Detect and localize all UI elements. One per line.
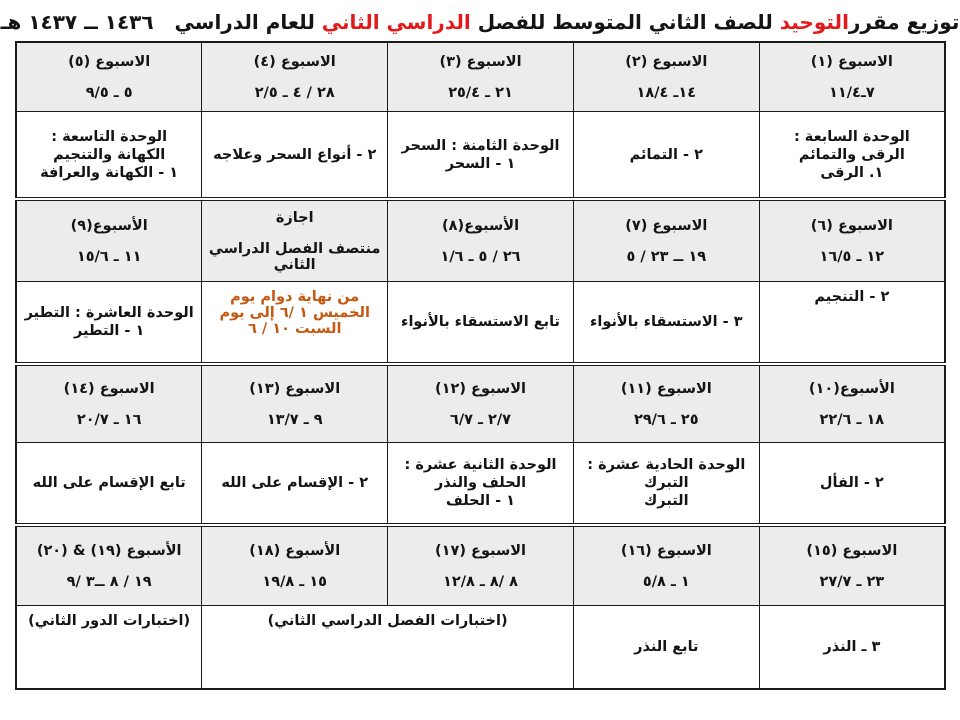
cell-line: الاسبوع (٧) (578, 218, 755, 234)
content-cell: تابع النذر (573, 606, 759, 690)
content-cell: ٢ - الفأل (759, 443, 945, 526)
cell-line: ٨ /٨ ـ ١٢/٨ (392, 574, 569, 590)
cell-line: (اختبارات الدور الثاني) (21, 613, 197, 629)
cell-line: الاسبوع (٢) (578, 54, 755, 70)
cell-line: تابع النذر (578, 639, 755, 655)
cell-line: (اختبارات الفصل الدراسي الثاني) (206, 613, 569, 629)
week-header-row: الأسبوع(١٠)١٨ ـ ٢٢/٦الاسبوع (١١)٢٥ ـ ٢٩/… (16, 364, 945, 443)
cell-line: ١٢ ـ ١٦/٥ (764, 249, 940, 265)
cell-line: التبرك (578, 475, 755, 491)
cell-line: التبرك (578, 493, 755, 509)
cell-line: الاسبوع (٦) (764, 218, 940, 234)
cell-line: ٥ ـ ٩/٥ (21, 85, 197, 101)
cell-line: الأسبوع (١٨) (206, 543, 383, 559)
cell-line: ٢٦ / ٥ ـ ١/٦ (392, 249, 569, 265)
cell-line: الوحدة الثامنة : السحر (392, 138, 569, 154)
cell-line: ١ ـ ٥/٨ (578, 574, 755, 590)
week-header-row: الاسبوع (٦)١٢ ـ ١٦/٥الاسبوع (٧)١٩ ــ ٢٣ … (16, 199, 945, 282)
cell-line: ٢٨ / ٤ ـ ٢/٥ (206, 85, 383, 101)
content-cell: الوحدة الثانية عشرة :الحلف والنذر١ - الح… (388, 443, 574, 526)
cell-line: ٣ - الاستسقاء بالأنواء (578, 314, 755, 330)
week-cell: الاسبوع (١٢)٢/٧ ـ ٦/٧ (388, 364, 574, 443)
week-cell: الأسبوع (١٨)١٥ ـ ١٩/٨ (202, 525, 388, 606)
cell-line: الأسبوع(١٠) (764, 381, 940, 397)
week-cell: الأسبوع(٨)٢٦ / ٥ ـ ١/٦ (388, 199, 574, 282)
week-cell: الأسبوع (١٩) & (٢٠)١٩ / ٨ ــ٣ /٩ (16, 525, 202, 606)
cell-line: ٢ - الإقسام على الله (206, 475, 383, 491)
cell-line: الحلف والنذر (392, 475, 569, 491)
cell-line: الاسبوع (١٢) (392, 381, 569, 397)
cell-line: ٩ ـ ١٣/٧ (206, 412, 383, 428)
week-cell: الاسبوع (٣)٢١ ـ ٢٥/٤ (388, 42, 574, 112)
cell-line: الوحدة الثانية عشرة : (392, 457, 569, 473)
week-cell: الاسبوع (١٣)٩ ـ ١٣/٧ (202, 364, 388, 443)
cell-line: الرقى والتمائم (764, 147, 940, 163)
cell-line: الاسبوع (٥) (21, 54, 197, 70)
cell-line: الاسبوع (١) (764, 54, 940, 70)
cell-line: الوحدة الحادية عشرة : (578, 457, 755, 473)
cell-line: الأسبوع(٨) (392, 218, 569, 234)
cell-line: ١٩ / ٨ ــ٣ /٩ (21, 574, 197, 590)
week-cell: الاسبوع (١)٧ـ١١/٤ (759, 42, 945, 112)
content-cell: ٢ - الإقسام على الله (202, 443, 388, 526)
title-text-2: للصف الثاني المتوسط للفصل (471, 10, 780, 34)
content-cell: تابع الاستسقاء بالأنواء (388, 282, 574, 365)
week-cell: الاسبوع (٦)١٢ ـ ١٦/٥ (759, 199, 945, 282)
curriculum-table: الاسبوع (١)٧ـ١١/٤الاسبوع (٢)١٤ـ ١٨/٤الاس… (15, 41, 946, 690)
cell-line: الوحدة السابعة : (764, 129, 940, 145)
cell-line: تابع الإقسام على الله (21, 475, 197, 491)
cell-line: الأسبوع (١٩) & (٢٠) (21, 543, 197, 559)
content-cell: (اختبارات الفصل الدراسي الثاني) (202, 606, 574, 690)
content-row: ٢ - التنجيم٣ - الاستسقاء بالأنواءتابع ال… (16, 282, 945, 365)
cell-line: الكهانة والتنجيم (21, 147, 197, 163)
cell-line: الوحدة التاسعة : (21, 129, 197, 145)
cell-line: ٢١ ـ ٢٥/٤ (392, 85, 569, 101)
content-cell: ٢ - التنجيم (759, 282, 945, 365)
cell-line: ١ - التطير (21, 323, 197, 339)
content-cell: الوحدة الثامنة : السحر١ - السحر (388, 112, 574, 200)
cell-line: ١ - الكهانة والعرافة (21, 165, 197, 181)
content-cell: من نهاية دوام يوم الخميس ١ /٦ إلى يوم ال… (202, 282, 388, 365)
cell-line: ١ - السحر (392, 156, 569, 172)
week-header-row: الاسبوع (١٥)٢٣ ـ ٢٧/٧الاسبوع (١٦)١ ـ ٥/٨… (16, 525, 945, 606)
week-cell: اجازةمنتصف الفصل الدراسي الثاني (202, 199, 388, 282)
page-title: توزيع مقررالتوحيد للصف الثاني المتوسط لل… (0, 0, 960, 34)
cell-line: ١٨ ـ ٢٢/٦ (764, 412, 940, 428)
cell-line: منتصف الفصل الدراسي الثاني (206, 241, 383, 273)
cell-line: ٢ - أنواع السحر وعلاجه (206, 147, 383, 163)
title-highlight-semester: الدراسي الثاني (322, 10, 471, 34)
content-cell: تابع الإقسام على الله (16, 443, 202, 526)
week-cell: الاسبوع (٧)١٩ ــ ٢٣ / ٥ (573, 199, 759, 282)
week-cell: الاسبوع (١١)٢٥ ـ ٢٩/٦ (573, 364, 759, 443)
content-cell: ٣ - الاستسقاء بالأنواء (573, 282, 759, 365)
week-cell: الاسبوع (١٧)٨ /٨ ـ ١٢/٨ (388, 525, 574, 606)
cell-line: ٢ - الفأل (764, 475, 940, 491)
cell-line: ١. الرقى (764, 165, 940, 181)
week-cell: الاسبوع (٥)٥ ـ ٩/٥ (16, 42, 202, 112)
schedule-table-body: الاسبوع (١)٧ـ١١/٤الاسبوع (٢)١٤ـ ١٨/٤الاس… (16, 42, 945, 689)
content-cell: الوحدة التاسعة :الكهانة والتنجيم١ - الكه… (16, 112, 202, 200)
cell-line: ١٦ ـ ٢٠/٧ (21, 412, 197, 428)
title-text-3: للعام الدراسي (168, 10, 322, 34)
week-cell: الاسبوع (١٤)١٦ ـ ٢٠/٧ (16, 364, 202, 443)
cell-line: ٢/٧ ـ ٦/٧ (392, 412, 569, 428)
cell-line: الاسبوع (١٥) (764, 543, 940, 559)
cell-line: الاسبوع (١٧) (392, 543, 569, 559)
week-header-row: الاسبوع (١)٧ـ١١/٤الاسبوع (٢)١٤ـ ١٨/٤الاس… (16, 42, 945, 112)
cell-line: ٧ـ١١/٤ (764, 85, 940, 101)
cell-line: الأسبوع(٩) (21, 218, 197, 234)
content-row: الوحدة السابعة :الرقى والتمائم١. الرقى٢ … (16, 112, 945, 200)
cell-line: ٢ - التنجيم (764, 289, 940, 305)
cell-line: الاسبوع (١٤) (21, 381, 197, 397)
content-cell: ٣ ـ النذر (759, 606, 945, 690)
title-text-1: توزيع مقرر (849, 10, 959, 34)
cell-line: ٣ ـ النذر (764, 639, 940, 655)
week-cell: الأسبوع(٩)١١ ـ ١٥/٦ (16, 199, 202, 282)
title-highlight-subject: التوحيد (780, 10, 849, 34)
cell-line: ١١ ـ ١٥/٦ (21, 249, 197, 265)
cell-line: الاسبوع (١١) (578, 381, 755, 397)
cell-line: ٢٣ ـ ٢٧/٧ (764, 574, 940, 590)
content-cell: ٢ - التمائم (573, 112, 759, 200)
cell-line: الاسبوع (٤) (206, 54, 383, 70)
week-cell: الاسبوع (٤)٢٨ / ٤ ـ ٢/٥ (202, 42, 388, 112)
week-cell: الاسبوع (١٦)١ ـ ٥/٨ (573, 525, 759, 606)
content-cell: الوحدة السابعة :الرقى والتمائم١. الرقى (759, 112, 945, 200)
content-cell: ٢ - أنواع السحر وعلاجه (202, 112, 388, 200)
content-row: ٣ ـ النذرتابع النذر(اختبارات الفصل الدرا… (16, 606, 945, 690)
cell-line: ١٤ـ ١٨/٤ (578, 85, 755, 101)
cell-line: ١٥ ـ ١٩/٨ (206, 574, 383, 590)
cell-line: الاسبوع (١٣) (206, 381, 383, 397)
cell-line: الاسبوع (٣) (392, 54, 569, 70)
cell-line: ٢٥ ـ ٢٩/٦ (578, 412, 755, 428)
cell-line: من نهاية دوام يوم الخميس ١ /٦ إلى يوم ال… (206, 289, 383, 337)
cell-line: تابع الاستسقاء بالأنواء (392, 314, 569, 330)
week-cell: الاسبوع (٢)١٤ـ ١٨/٤ (573, 42, 759, 112)
content-cell: (اختبارات الدور الثاني) (16, 606, 202, 690)
cell-line: اجازة (206, 210, 383, 226)
content-row: ٢ - الفألالوحدة الحادية عشرة :التبركالتب… (16, 443, 945, 526)
content-cell: الوحدة الحادية عشرة :التبركالتبرك (573, 443, 759, 526)
cell-line: ٢ - التمائم (578, 147, 755, 163)
week-cell: الأسبوع(١٠)١٨ ـ ٢٢/٦ (759, 364, 945, 443)
content-cell: الوحدة العاشرة : التطير١ - التطير (16, 282, 202, 365)
cell-line: الوحدة العاشرة : التطير (21, 305, 197, 321)
cell-line: ١ - الحلف (392, 493, 569, 509)
cell-line: ١٩ ــ ٢٣ / ٥ (578, 249, 755, 265)
cell-line: الاسبوع (١٦) (578, 543, 755, 559)
week-cell: الاسبوع (١٥)٢٣ ـ ٢٧/٧ (759, 525, 945, 606)
title-year: ١٤٣٦ ــ ١٤٣٧ هـ (1, 10, 154, 34)
